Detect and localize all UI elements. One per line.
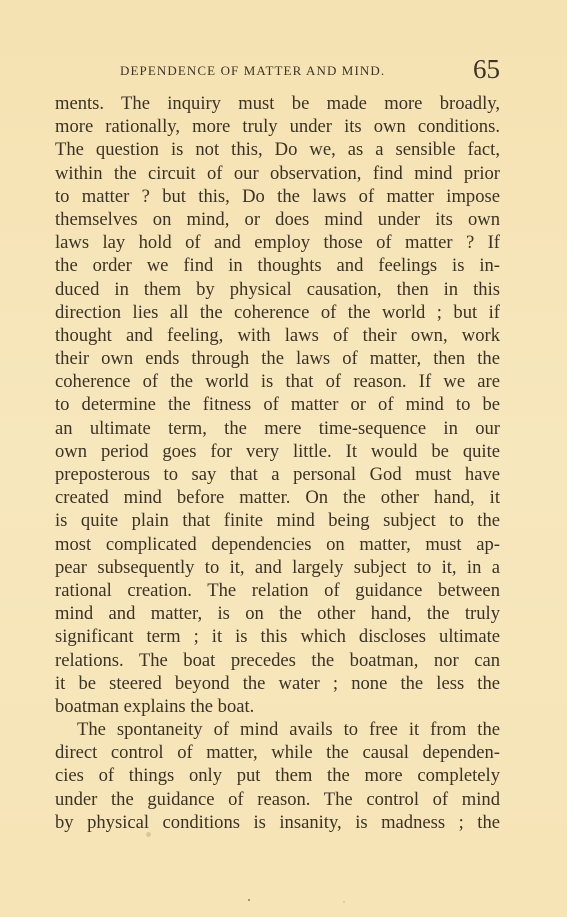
text-line: more rationally, more truly under its ow… [55, 115, 500, 138]
text-line: thought and feeling, with laws of their … [55, 324, 500, 347]
paragraph-start-line: The spontaneity of mind avails to free i… [55, 718, 500, 741]
text-line: The question is not this, Do we, as a se… [55, 138, 500, 161]
text-line: is quite plain that finite mind being su… [55, 509, 500, 532]
text-line: by physical conditions is insanity, is m… [55, 811, 500, 834]
running-head: DEPENDENCE OF MATTER AND MIND. 65 [120, 58, 500, 88]
text-line: under the guidance of reason. The contro… [55, 788, 500, 811]
page-number: 65 [473, 54, 500, 85]
book-page: DEPENDENCE OF MATTER AND MIND. 65 ments.… [0, 0, 567, 917]
text-line: own period goes for very little. It woul… [55, 440, 500, 463]
text-line: coherence of the world is that of reason… [55, 370, 500, 393]
text-line: to matter ? but this, Do the laws of mat… [55, 185, 500, 208]
paper-speck [146, 832, 151, 837]
text-line: significant term ; it is this which disc… [55, 625, 500, 648]
text-line: rational creation. The relation of guida… [55, 579, 500, 602]
text-line: direct control of matter, while the caus… [55, 741, 500, 764]
text-line: ments. The inquiry must be made more bro… [55, 92, 500, 115]
text-line: themselves on mind, or does mind under i… [55, 208, 500, 231]
text-line: an ultimate term, the mere time-sequence… [55, 417, 500, 440]
text-line: laws lay hold of and employ those of mat… [55, 231, 500, 254]
body-text: ments. The inquiry must be made more bro… [55, 92, 500, 834]
paragraph-end-line: boatman explains the boat. [55, 695, 500, 718]
text-line: relations. The boat precedes the boatman… [55, 649, 500, 672]
text-line: pear subsequently to it, and largely sub… [55, 556, 500, 579]
text-line: to determine the fitness of matter or of… [55, 393, 500, 416]
text-line: it be steered beyond the water ; none th… [55, 672, 500, 695]
text-line: within the circuit of our observation, f… [55, 162, 500, 185]
paper-speck [248, 899, 250, 901]
text-line: direction lies all the coherence of the … [55, 301, 500, 324]
text-line: most complicated dependencies on matter,… [55, 533, 500, 556]
text-line: cies of things only put them the more co… [55, 764, 500, 787]
paper-speck [343, 901, 345, 903]
text-line: duced in them by physical causation, the… [55, 278, 500, 301]
text-line: created mind before matter. On the other… [55, 486, 500, 509]
text-line: the order we find in thoughts and feelin… [55, 254, 500, 277]
text-line: their own ends through the laws of matte… [55, 347, 500, 370]
text-line: preposterous to say that a personal God … [55, 463, 500, 486]
running-title: DEPENDENCE OF MATTER AND MIND. [120, 63, 385, 79]
text-line: mind and matter, is on the other hand, t… [55, 602, 500, 625]
